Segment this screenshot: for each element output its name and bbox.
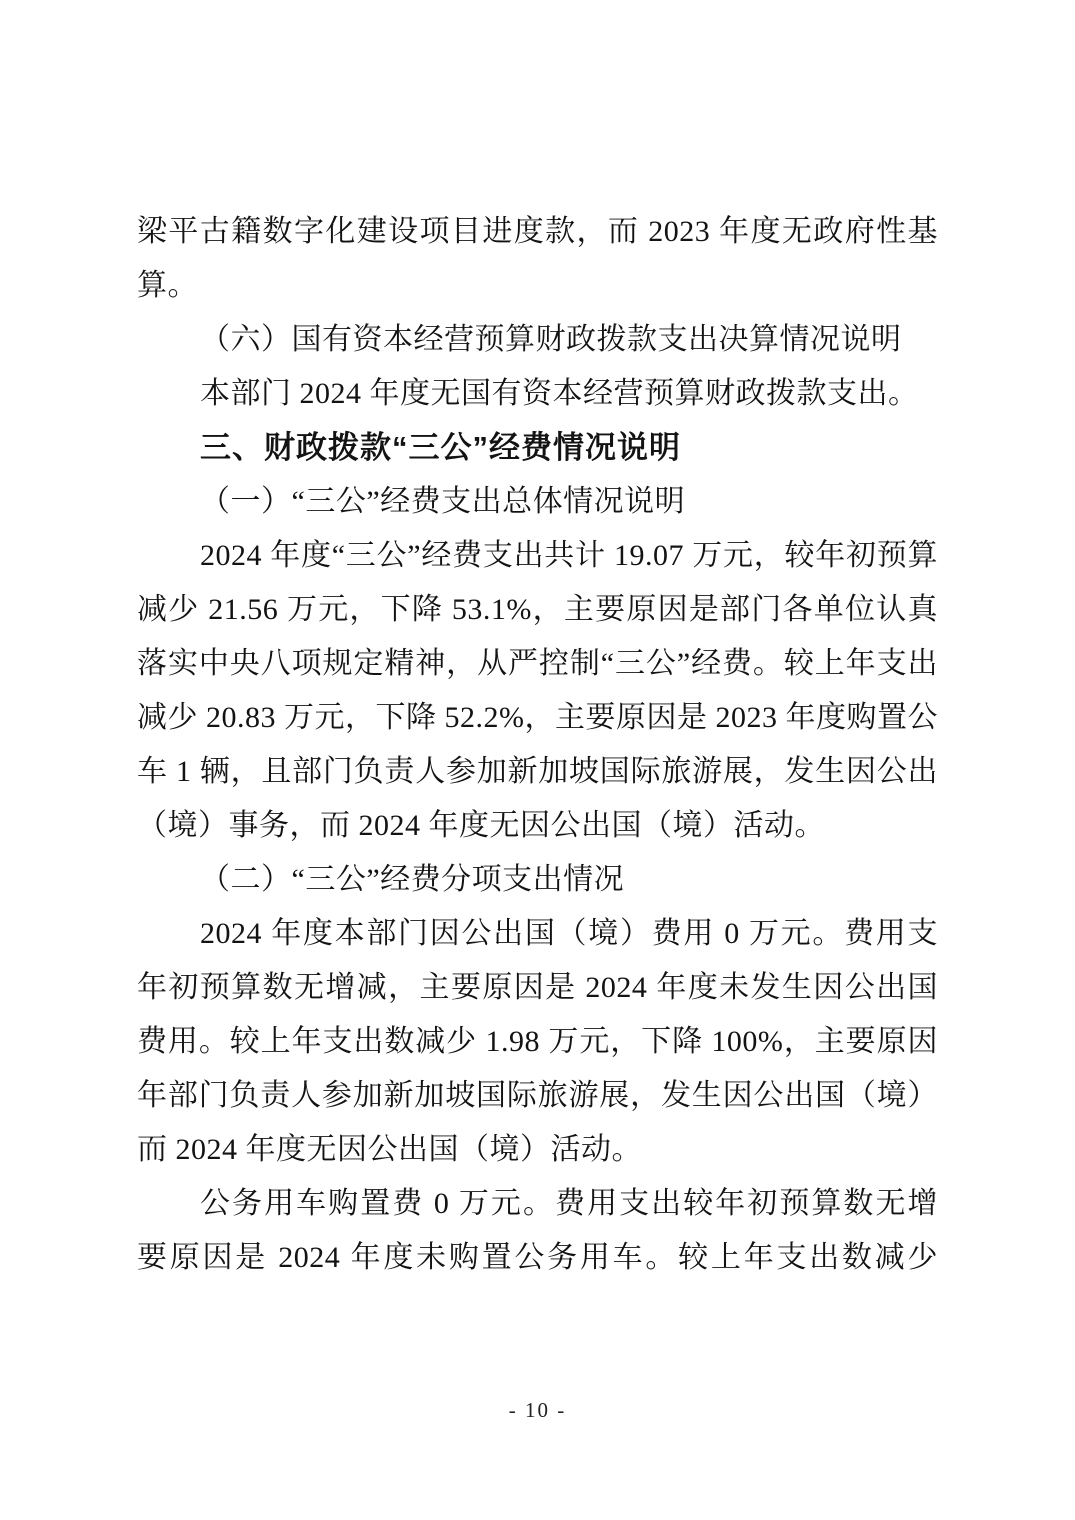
- document-body: 梁平古籍数字化建设项目进度款，而 2023 年度无政府性基金预 算。 （六）国有…: [137, 205, 938, 1285]
- body-line: 算。: [137, 259, 938, 313]
- body-line: （境）事务，而 2024 年度无因公出国（境）活动。: [137, 799, 938, 853]
- body-line: 本部门 2024 年度无国有资本经营预算财政拨款支出。: [137, 367, 938, 421]
- body-line: 梁平古籍数字化建设项目进度款，而 2023 年度无政府性基金预: [137, 205, 938, 259]
- body-line: 减少 21.56 万元，下降 53.1%，主要原因是部门各单位认真贯彻: [137, 583, 938, 637]
- body-line: 而 2024 年度无因公出国（境）活动。: [137, 1123, 938, 1177]
- body-line: 年初预算数无增减，主要原因是 2024 年度未发生因公出国（境）: [137, 961, 938, 1015]
- body-line: 减少 20.83 万元，下降 52.2%，主要原因是 2023 年度购置公务用: [137, 691, 938, 745]
- body-line: 2024 年度本部门因公出国（境）费用 0 万元。费用支出较: [137, 907, 938, 961]
- body-line: 费用。较上年支出数减少 1.98 万元，下降 100%，主要原因是 2023: [137, 1015, 938, 1069]
- subsection-heading-state-capital: （六）国有资本经营预算财政拨款支出决算情况说明: [137, 313, 938, 367]
- body-line: 公务用车购置费 0 万元。费用支出较年初预算数无增减，主: [137, 1177, 938, 1231]
- page-number: - 10 -: [0, 1398, 1075, 1423]
- body-line: 年部门负责人参加新加坡国际旅游展，发生因公出国（境）事务，: [137, 1069, 938, 1123]
- document-page: 梁平古籍数字化建设项目进度款，而 2023 年度无政府性基金预 算。 （六）国有…: [0, 0, 1075, 1520]
- body-line: 落实中央八项规定精神，从严控制“三公”经费。较上年支出数: [137, 637, 938, 691]
- body-line: 2024 年度“三公”经费支出共计 19.07 万元，较年初预算数: [137, 529, 938, 583]
- subsection-heading-itemized-expenditure: （二）“三公”经费分项支出情况: [137, 853, 938, 907]
- body-line: 要原因是 2024 年度未购置公务用车。较上年支出数减少 17.89: [137, 1231, 938, 1285]
- subsection-heading-overall-expenditure: （一）“三公”经费支出总体情况说明: [137, 475, 938, 529]
- section-heading-three-public-funds: 三、财政拨款“三公”经费情况说明: [137, 421, 938, 475]
- body-line: 车 1 辆，且部门负责人参加新加坡国际旅游展，发生因公出国: [137, 745, 938, 799]
